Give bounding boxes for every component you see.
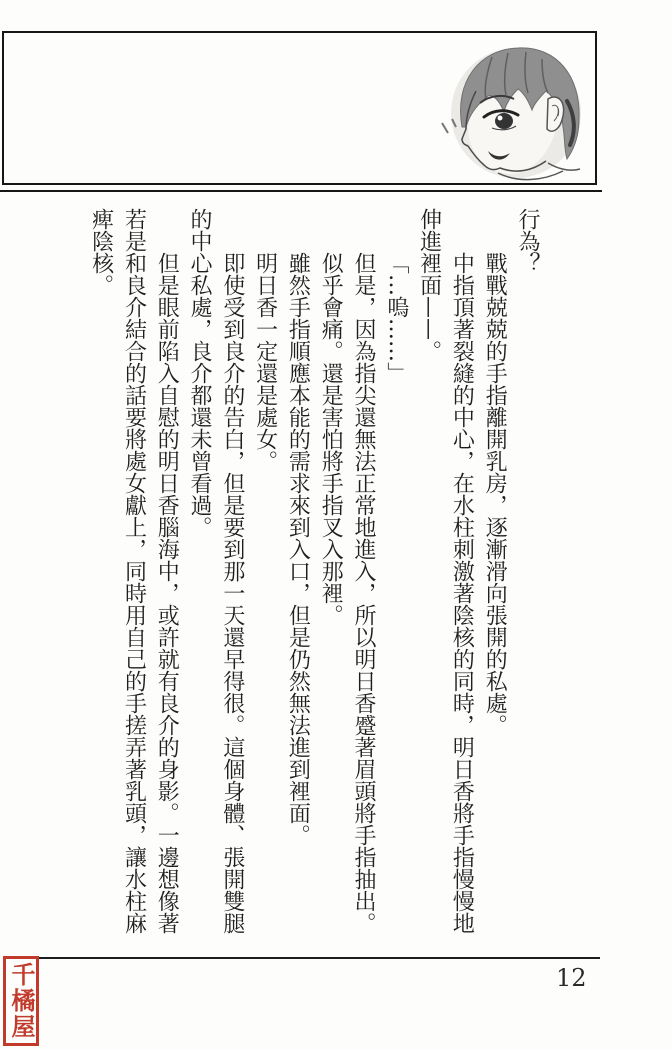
text-column: 的中心私處，良介都還未曾看過。 bbox=[182, 208, 215, 936]
text-column: 行為？ bbox=[510, 208, 543, 936]
publisher-seal: 千橘屋 bbox=[3, 956, 39, 1046]
text-column: 「…嗚……」 bbox=[379, 208, 412, 936]
text-column: 雖然手指順應本能的需求來到入口，但是仍然無法進到裡面。 bbox=[281, 208, 314, 936]
book-page: 行為？戰戰兢兢的手指離開乳房，逐漸滑向張開的私處。中指頂著裂縫的中心，在水柱刺激… bbox=[0, 0, 672, 1050]
text-column: 明日香一定還是處女。 bbox=[248, 208, 281, 936]
text-column: 伸進裡面——。 bbox=[412, 208, 445, 936]
footer-divider bbox=[36, 957, 600, 959]
frame-underline bbox=[0, 190, 602, 192]
text-column: 痺陰核。 bbox=[84, 208, 117, 936]
text-column: 若是和良介結合的話要將處女獻上，同時用自己的手搓弄著乳頭，讓水柱麻 bbox=[117, 208, 150, 936]
text-column: 戰戰兢兢的手指離開乳房，逐漸滑向張開的私處。 bbox=[477, 208, 510, 936]
page-number: 12 bbox=[556, 964, 587, 992]
text-column: 但是眼前陷入自慰的明日香腦海中，或許就有良介的身影。一邊想像著 bbox=[149, 208, 182, 936]
text-column: 中指頂著裂縫的中心，在水柱刺激著陰核的同時，明日香將手指慢慢地 bbox=[445, 208, 478, 936]
text-column: 即使受到良介的告白，但是要到那一天還早得很。這個身體、張開雙腿 bbox=[215, 208, 248, 936]
body-text: 行為？戰戰兢兢的手指離開乳房，逐漸滑向張開的私處。中指頂著裂縫的中心，在水柱刺激… bbox=[83, 208, 543, 936]
text-column: 但是，因為指尖還無法正常地進入，所以明日香蹙著眉頭將手指抽出。 bbox=[346, 208, 379, 936]
girl-face-illustration bbox=[428, 33, 600, 185]
text-column: 似乎會痛。還是害怕將手指叉入那裡。 bbox=[313, 208, 346, 936]
